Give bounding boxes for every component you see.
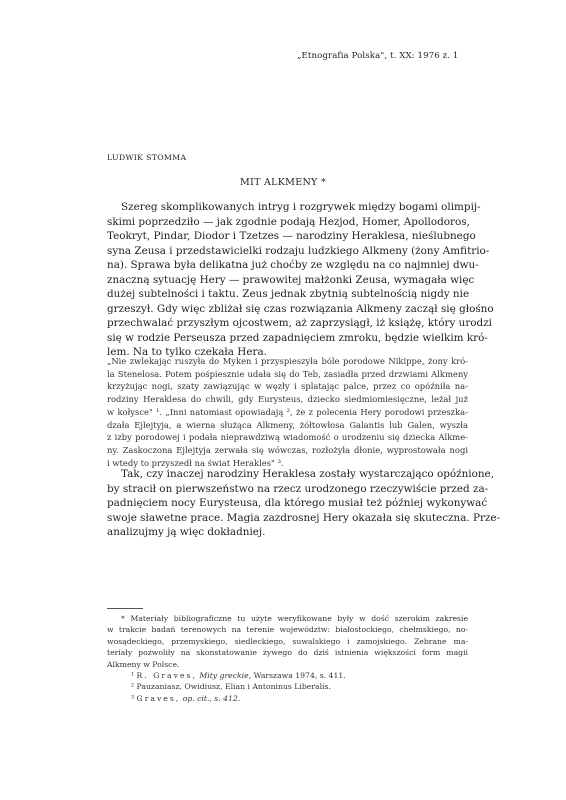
block-quote: „Nie zwlekając ruszyła do Myken i przysp…: [107, 355, 468, 469]
footnote-star-line: Alkmeny w Polsce.: [107, 659, 468, 670]
text-line: skimi poprzedziło — jak zgodnie podają H…: [107, 215, 468, 230]
text-line: na). Sprawa była delikatna już choćby ze…: [107, 258, 468, 273]
footnote-star-line: w trakcie badań terenowych na terenie wo…: [107, 624, 468, 635]
article-title: MIT ALKMENY *: [0, 177, 566, 188]
text-line: padnięciem nocy Eurysteusa, dla którego …: [107, 496, 468, 511]
footnote-1: ¹ R. Graves, Mity greckie, Warszawa 1974…: [107, 670, 468, 681]
quote-line: la Stenelosa. Potem pośpiesznie udała si…: [107, 368, 468, 381]
footnote-mark: ³: [131, 694, 134, 703]
footnotes: * Materiały bibliograficzne tu użyte wer…: [107, 613, 468, 704]
paragraph-2: Tak, czy inaczej narodziny Heraklesa zos…: [107, 467, 468, 540]
text-line: swoje sławetne prace. Magia zazdrosnej H…: [107, 511, 468, 526]
author-name: LUDWIK STOMMA: [107, 153, 186, 162]
text-line: znaczną sytuację Hery — prawowitej małżo…: [107, 273, 468, 288]
quote-line: dzała Ejlejtyja, a wierna służąca Alkmen…: [107, 419, 468, 432]
text-line: analizujmy ją więc dokładniej.: [107, 525, 468, 540]
text-line: grzeszył. Gdy więc zbliżał się czas rozw…: [107, 302, 468, 317]
quote-line: w kołysce" ¹. „Inni natomiast opowiadają…: [107, 406, 468, 419]
footnote-star-line: * Materiały bibliograficzne tu użyte wer…: [107, 613, 468, 624]
text-line: syna Zeusa i przedstawicielki rodzaju lu…: [107, 244, 468, 259]
text-line: Szereg skomplikowanych intryg i rozgrywe…: [107, 200, 468, 215]
text-line: przechwalać przyszłym ojcostwem, aż zapr…: [107, 316, 468, 331]
footnote-book-title: Mity greckie,: [199, 671, 251, 680]
text-line: dużej subtelności i taktu. Zeus jednak z…: [107, 287, 468, 302]
text-line: się w rodzie Perseusza przed zapadnięcie…: [107, 331, 468, 346]
footnote-3: ³ Graves, op. cit., s. 412.: [107, 693, 468, 704]
quote-line: rodziny Heraklesa do chwili, gdy Euryste…: [107, 393, 468, 406]
text-line: Teokryt, Pindar, Diodor i Tzetzes — naro…: [107, 229, 468, 244]
footnote-divider: [107, 608, 143, 609]
quote-line: krzyżując nogi, szaty zawiązując w węzły…: [107, 380, 468, 393]
footnote-text: op. cit., s. 412.: [183, 694, 241, 703]
footnote-2: ² Pauzaniasz, Owidiusz, Elian i Antoninu…: [107, 681, 468, 692]
text-line: by stracił on pierwszeństwo na rzecz uro…: [107, 482, 468, 497]
text-line: Tak, czy inaczej narodziny Heraklesa zos…: [107, 467, 468, 482]
quote-line: ny. Zaskoczona Ejlejtyja zerwała się wów…: [107, 444, 468, 457]
footnote-star-line: teriały pozwoliły na skonstatowanie żywe…: [107, 647, 468, 658]
footnote-star-line: wosądeckiego, przemyskiego, siedleckiego…: [107, 636, 468, 647]
footnote-text: Pauzaniasz, Owidiusz, Elian i Antoninus …: [137, 682, 331, 691]
quote-line: z izby porodowej i podała nieprawdziwą w…: [107, 431, 468, 444]
footnote-mark: ¹: [131, 671, 134, 680]
running-head: „Etnografia Polska", t. XX: 1976 z. 1: [297, 51, 458, 61]
quote-line: „Nie zwlekając ruszyła do Myken i przysp…: [107, 355, 468, 368]
document-page: „Etnografia Polska", t. XX: 1976 z. 1 LU…: [0, 0, 566, 800]
footnote-mark: ²: [131, 682, 134, 691]
footnote-text: Warszawa 1974, s. 411.: [254, 671, 346, 680]
footnote-author: R. Graves,: [137, 671, 197, 680]
footnote-author: Graves,: [137, 694, 181, 703]
paragraph-1: Szereg skomplikowanych intryg i rozgrywe…: [107, 200, 468, 360]
